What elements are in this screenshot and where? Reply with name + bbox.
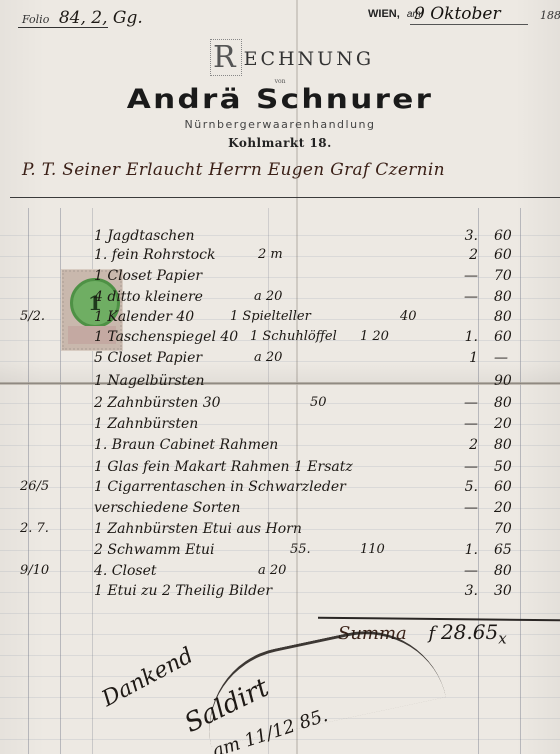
item-description: 2 Zahnbürsten 30 <box>94 395 221 411</box>
place: WIEN, <box>368 8 400 20</box>
firm-name: Andrä Schnurer <box>0 84 560 115</box>
item-unit-price: 50 <box>310 395 327 410</box>
item-date: 2. 7. <box>20 521 49 536</box>
folio-underline <box>18 27 108 28</box>
item-date: 9/10 <box>20 563 49 578</box>
item-extra: 1 20 <box>360 329 389 344</box>
firm-address: Kohlmarkt 18. <box>0 136 560 150</box>
line-item: 2. 7.1 Zahnbürsten Etui aus Horn70 <box>0 521 560 541</box>
item-kreuzer: 90 <box>494 373 528 389</box>
total-mark: x <box>498 630 506 648</box>
item-kreuzer: 60 <box>494 329 528 345</box>
item-kreuzer: 60 <box>494 479 528 495</box>
item-unit-price: 2 m <box>258 247 283 262</box>
date-underline <box>410 24 528 25</box>
item-gulden: 3. <box>438 583 478 599</box>
line-item: 1 Glas fein Makart Rahmen 1 Ersatz—50 <box>0 459 560 479</box>
invoice-document: Folio 84, 2, Gg. WIEN, am 9 Oktober 188 … <box>0 0 560 754</box>
folio-value: 84, 2, Gg. <box>59 8 143 28</box>
line-item: 1 Closet Papier—70 <box>0 268 560 288</box>
item-description: 1 Closet Papier <box>94 268 202 284</box>
item-description: 1 Glas fein Makart Rahmen 1 Ersatz <box>94 459 353 475</box>
item-gulden: — <box>438 289 478 305</box>
recipient-underline <box>10 197 560 198</box>
item-gulden: 2 <box>438 437 478 453</box>
item-extra: 110 <box>360 542 385 557</box>
year-prefix: 188 <box>540 9 560 22</box>
item-kreuzer: 80 <box>494 395 528 411</box>
line-item: 5/2.1 Kalender 401 Spielteller4080 <box>0 309 560 329</box>
line-item: 9/104. Closeta 20—80 <box>0 563 560 583</box>
line-item: 1 Taschenspiegel 401 Schuhlöffel1 201.60 <box>0 329 560 349</box>
line-item: 1. Braun Cabinet Rahmen280 <box>0 437 560 457</box>
item-kreuzer: 70 <box>494 268 528 284</box>
item-description: 1 Zahnbürsten <box>94 416 198 432</box>
line-item: 1 Nagelbürsten90 <box>0 373 560 393</box>
line-item: verschiedene Sorten—20 <box>0 500 560 520</box>
item-description: 1. fein Rohrstock <box>94 247 215 263</box>
item-kreuzer: — <box>494 350 528 366</box>
item-kreuzer: 80 <box>494 309 528 325</box>
item-kreuzer: 20 <box>494 416 528 432</box>
line-item: 5 Closet Papiera 201— <box>0 350 560 370</box>
item-description: 1 Taschenspiegel 40 <box>94 329 238 345</box>
item-kreuzer: 50 <box>494 459 528 475</box>
place-date: WIEN, am <box>368 8 421 20</box>
item-gulden: — <box>438 500 478 516</box>
item-description: 1. Braun Cabinet Rahmen <box>94 437 278 453</box>
item-gulden: 2 <box>438 247 478 263</box>
item-gulden: — <box>438 268 478 284</box>
recipient: P. T. Seiner Erlaucht Herrn Eugen Graf C… <box>22 160 445 180</box>
item-unit-price: 55. <box>290 542 311 557</box>
item-description: 1 Jagdtaschen <box>94 228 195 244</box>
item-description: 1 Etui zu 2 Theilig Bilder <box>94 583 272 599</box>
currency-symbol: f <box>429 623 436 644</box>
handwritten-date: 9 Oktober <box>414 4 501 24</box>
item-kreuzer: 80 <box>494 289 528 305</box>
line-item: 2 Schwamm Etui55.1101.65 <box>0 542 560 562</box>
line-item: 1. fein Rohrstock2 m260 <box>0 247 560 267</box>
ornamental-initial: R <box>210 39 242 76</box>
trade-description: Nürnbergerwaarenhandlung <box>0 118 560 131</box>
item-unit-price: 1 Schuhlöffel <box>250 329 337 344</box>
item-unit-price: a 20 <box>254 350 282 365</box>
item-kreuzer: 65 <box>494 542 528 558</box>
line-item: 1 Jagdtaschen3.60 <box>0 228 560 248</box>
item-date: 26/5 <box>20 479 49 494</box>
line-item: 26/51 Cigarrentaschen in Schwarzleder5.6… <box>0 479 560 499</box>
item-date: 5/2. <box>20 309 45 324</box>
item-gulden: 5. <box>438 479 478 495</box>
item-gulden: — <box>438 563 478 579</box>
line-item: 1 Zahnbürsten—20 <box>0 416 560 436</box>
line-item: 2 Zahnbürsten 3050—80 <box>0 395 560 415</box>
item-description: 5 Closet Papier <box>94 350 202 366</box>
item-gulden: — <box>438 395 478 411</box>
item-gulden: 3. <box>438 228 478 244</box>
item-kreuzer: 80 <box>494 437 528 453</box>
folio-label: Folio <box>22 13 49 26</box>
item-gulden: — <box>438 459 478 475</box>
item-unit-price: 1 Spielteller <box>230 309 311 324</box>
item-kreuzer: 60 <box>494 228 528 244</box>
item-unit-price: a 20 <box>258 563 286 578</box>
item-description: 2 Schwamm Etui <box>94 542 214 558</box>
item-description: 1 Zahnbürsten Etui aus Horn <box>94 521 302 537</box>
item-kreuzer: 80 <box>494 563 528 579</box>
item-extra: 40 <box>400 309 417 324</box>
item-kreuzer: 30 <box>494 583 528 599</box>
document-title: RECHNUNG <box>0 40 560 75</box>
item-kreuzer: 70 <box>494 521 528 537</box>
line-item: 1 Etui zu 2 Theilig Bilder3.30 <box>0 583 560 603</box>
item-kreuzer: 20 <box>494 500 528 516</box>
item-gulden: — <box>438 416 478 432</box>
total-amount: 28.65 <box>441 620 498 644</box>
item-gulden: 1. <box>438 542 478 558</box>
item-description: 4. Closet <box>94 563 157 579</box>
line-item: 4 ditto kleinerea 20—80 <box>0 289 560 309</box>
item-description: verschiedene Sorten <box>94 500 240 516</box>
folio: Folio 84, 2, Gg. <box>22 8 143 28</box>
item-kreuzer: 60 <box>494 247 528 263</box>
item-gulden: 1. <box>438 329 478 345</box>
item-description: 4 ditto kleinere <box>94 289 203 305</box>
title-rest: ECHNUNG <box>244 48 374 70</box>
item-unit-price: a 20 <box>254 289 282 304</box>
item-gulden: 1 <box>438 350 478 366</box>
item-description: 1 Nagelbürsten <box>94 373 204 389</box>
item-description: 1 Cigarrentaschen in Schwarzleder <box>94 479 346 495</box>
item-description: 1 Kalender 40 <box>94 309 194 325</box>
